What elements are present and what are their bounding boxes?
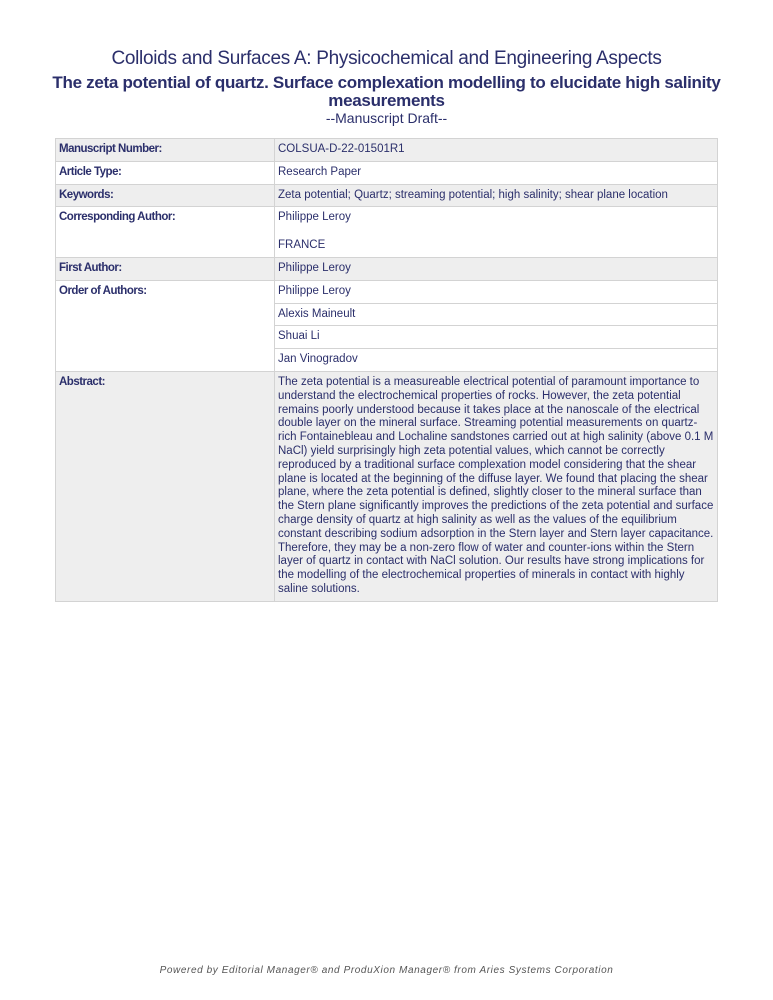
author-item: Philippe Leroy — [275, 280, 718, 303]
label-abstract: Abstract: — [56, 371, 275, 601]
value-corresponding-author: Philippe Leroy FRANCE — [275, 207, 718, 258]
label-corresponding-author: Corresponding Author: — [56, 207, 275, 258]
value-abstract: The zeta potential is a measureable elec… — [275, 371, 718, 601]
author-item: Shuai Li — [275, 326, 718, 349]
manuscript-title: The zeta potential of quartz. Surface co… — [40, 74, 733, 110]
row-first-author: First Author: Philippe Leroy — [56, 257, 718, 280]
row-article-type: Article Type: Research Paper — [56, 161, 718, 184]
draft-label: --Manuscript Draft-- — [0, 110, 773, 126]
value-article-type: Research Paper — [275, 161, 718, 184]
label-order-of-authors: Order of Authors: — [56, 280, 275, 371]
journal-name: Colloids and Surfaces A: Physicochemical… — [0, 48, 773, 70]
manuscript-metadata-table: Manuscript Number: COLSUA-D-22-01501R1 A… — [55, 138, 718, 602]
value-manuscript-number: COLSUA-D-22-01501R1 — [275, 139, 718, 162]
author-item: Jan Vinogradov — [275, 349, 718, 372]
corresponding-author-country: FRANCE — [278, 239, 714, 253]
row-keywords: Keywords: Zeta potential; Quartz; stream… — [56, 184, 718, 207]
row-corresponding-author: Corresponding Author: Philippe Leroy FRA… — [56, 207, 718, 258]
corresponding-author-name: Philippe Leroy — [278, 211, 714, 225]
powered-by-footer: Powered by Editorial Manager® and ProduX… — [0, 965, 773, 976]
row-abstract: Abstract: The zeta potential is a measur… — [56, 371, 718, 601]
author-item: Alexis Maineult — [275, 303, 718, 326]
label-article-type: Article Type: — [56, 161, 275, 184]
label-keywords: Keywords: — [56, 184, 275, 207]
value-keywords: Zeta potential; Quartz; streaming potent… — [275, 184, 718, 207]
row-manuscript-number: Manuscript Number: COLSUA-D-22-01501R1 — [56, 139, 718, 162]
label-manuscript-number: Manuscript Number: — [56, 139, 275, 162]
row-order-of-authors: Order of Authors: Philippe Leroy — [56, 280, 718, 303]
label-first-author: First Author: — [56, 257, 275, 280]
value-first-author: Philippe Leroy — [275, 257, 718, 280]
